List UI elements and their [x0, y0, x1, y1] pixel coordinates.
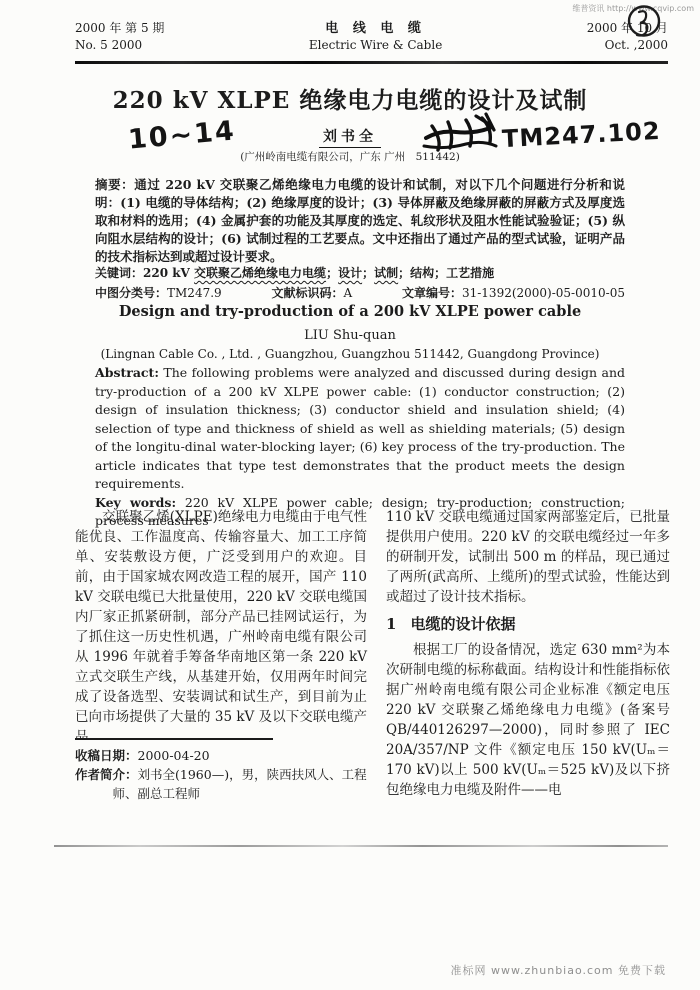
intro-paragraph: 交联聚乙烯(XLPE)绝缘电力电缆由于电气性能优良、工作温度高、传输容量大、加工… — [75, 507, 367, 747]
section-1-heading: 1电缆的设计依据 — [386, 614, 670, 634]
journal-title-en: Electric Wire & Cable — [309, 37, 442, 54]
scan-artifact-line — [54, 845, 668, 847]
english-affiliation: (Lingnan Cable Co. , Ltd. , Guangzhou, G… — [0, 347, 700, 361]
journal-title-cn: 电 线 电 缆 — [309, 20, 442, 37]
english-abstract-text: The following problems were analyzed and… — [95, 365, 625, 491]
scanned-paper-page: 维普资讯 http://www.cqvip.com 2000 年 第 5 期 N… — [0, 0, 700, 990]
watermark-bottom-right: 准标网 www.zhunbiao.com 免费下载 — [451, 962, 666, 978]
clc-number: 中图分类号：TM247.9 — [95, 284, 222, 301]
journal-date-en: Oct. ,2000 — [587, 37, 668, 54]
author-bio-value: 刘书全(1960—)，男，陕西扶风人、工程师、副总工程师 — [113, 767, 367, 801]
doc-code-value: A — [343, 286, 352, 300]
keyword-separator: ； — [362, 266, 374, 280]
keyword-segment: ；结构；工艺措施 — [398, 266, 494, 280]
design-basis-paragraph: 根据工厂的设备情况，选定 630 mm²为本次研制电缆的标称截面。结构设计和性能… — [386, 640, 670, 800]
keywords-cn-label: 关键词： — [95, 266, 143, 280]
author-bio: 作者简介：刘书全(1960—)，男，陕西扶风人、工程师、副总工程师 — [75, 765, 375, 803]
clc-value: TM247.9 — [167, 286, 222, 300]
keywords-cn: 关键词：220 kV 交联聚乙烯绝缘电力电缆；设计；试制；结构；工艺措施 — [95, 264, 635, 281]
section-1-number: 1 — [386, 615, 396, 633]
abstract-cn: 摘要：通过 220 kV 交联聚乙烯绝缘电力电缆的设计和试制，对以下几个问题进行… — [95, 176, 625, 266]
body-left-column: 交联聚乙烯(XLPE)绝缘电力电缆由于电气性能优良、工作温度高、传输容量大、加工… — [75, 507, 367, 747]
author-name-cn: 刘书全 — [319, 129, 381, 148]
keyword-underlined: 设计 — [338, 266, 362, 280]
body-right-column: 110 kV 交联电缆通过国家两部鉴定后，已批量提供用户使用。220 kV 的交… — [386, 507, 670, 800]
handwritten-classification-code: TM247.102 — [501, 117, 661, 153]
received-date-value: 2000-04-20 — [138, 748, 210, 763]
clc-label: 中图分类号： — [95, 286, 167, 300]
continuation-paragraph: 110 kV 交联电缆通过国家两部鉴定后，已批量提供用户使用。220 kV 的交… — [386, 507, 670, 607]
journal-date-cn: 2000 年 10 月 — [587, 20, 668, 37]
keyword-underlined: 交联聚乙烯绝缘电力电缆 — [194, 266, 326, 280]
handwritten-scribble — [420, 112, 502, 154]
abstract-cn-label: 摘要： — [95, 177, 134, 192]
article-title-cn: 220 kV XLPE 绝缘电力电缆的设计及试制 — [0, 82, 700, 115]
article-id-label: 文章编号： — [402, 286, 462, 300]
footnote-block: 收稿日期：2000-04-20 作者简介：刘书全(1960—)，男，陕西扶风人、… — [75, 738, 375, 803]
article-id: 文章编号：31-1392(2000)-05-0010-05 — [402, 284, 625, 301]
english-title: Design and try-production of a 200 kV XL… — [0, 303, 700, 320]
abstract-cn-text: 通过 220 kV 交联聚乙烯绝缘电力电缆的设计和试制，对以下几个问题进行分析和… — [95, 177, 625, 264]
keyword-separator: ； — [326, 266, 338, 280]
journal-header: 2000 年 第 5 期 No. 5 2000 电 线 电 缆 Electric… — [75, 20, 668, 54]
english-author: LIU Shu-quan — [0, 328, 700, 343]
affiliation-cn: (广州岭南电缆有限公司，广东 广州 511442) — [0, 149, 700, 164]
footnote-rule — [75, 738, 273, 740]
article-id-value: 31-1392(2000)-05-0010-05 — [462, 286, 625, 300]
keyword-underlined: 试制 — [374, 266, 398, 280]
section-1-title: 电缆的设计依据 — [410, 615, 515, 633]
document-code: 文献标识码：A — [271, 284, 352, 301]
journal-issue-en: No. 5 2000 — [75, 37, 164, 54]
english-abstract-label: Abstract: — [95, 365, 159, 380]
header-rule — [75, 61, 668, 64]
journal-issue-cn: 2000 年 第 5 期 — [75, 20, 164, 37]
keyword-segment: 220 kV — [143, 266, 194, 280]
doc-code-label: 文献标识码： — [271, 286, 343, 300]
author-bio-label: 作者简介： — [75, 767, 138, 782]
english-abstract: Abstract: The following problems were an… — [95, 364, 625, 494]
english-abstract-block: Abstract: The following problems were an… — [95, 364, 625, 531]
received-date: 收稿日期：2000-04-20 — [75, 746, 375, 765]
meta-row: 中图分类号：TM247.9 文献标识码：A 文章编号：31-1392(2000)… — [95, 284, 625, 301]
received-date-label: 收稿日期： — [75, 748, 138, 763]
